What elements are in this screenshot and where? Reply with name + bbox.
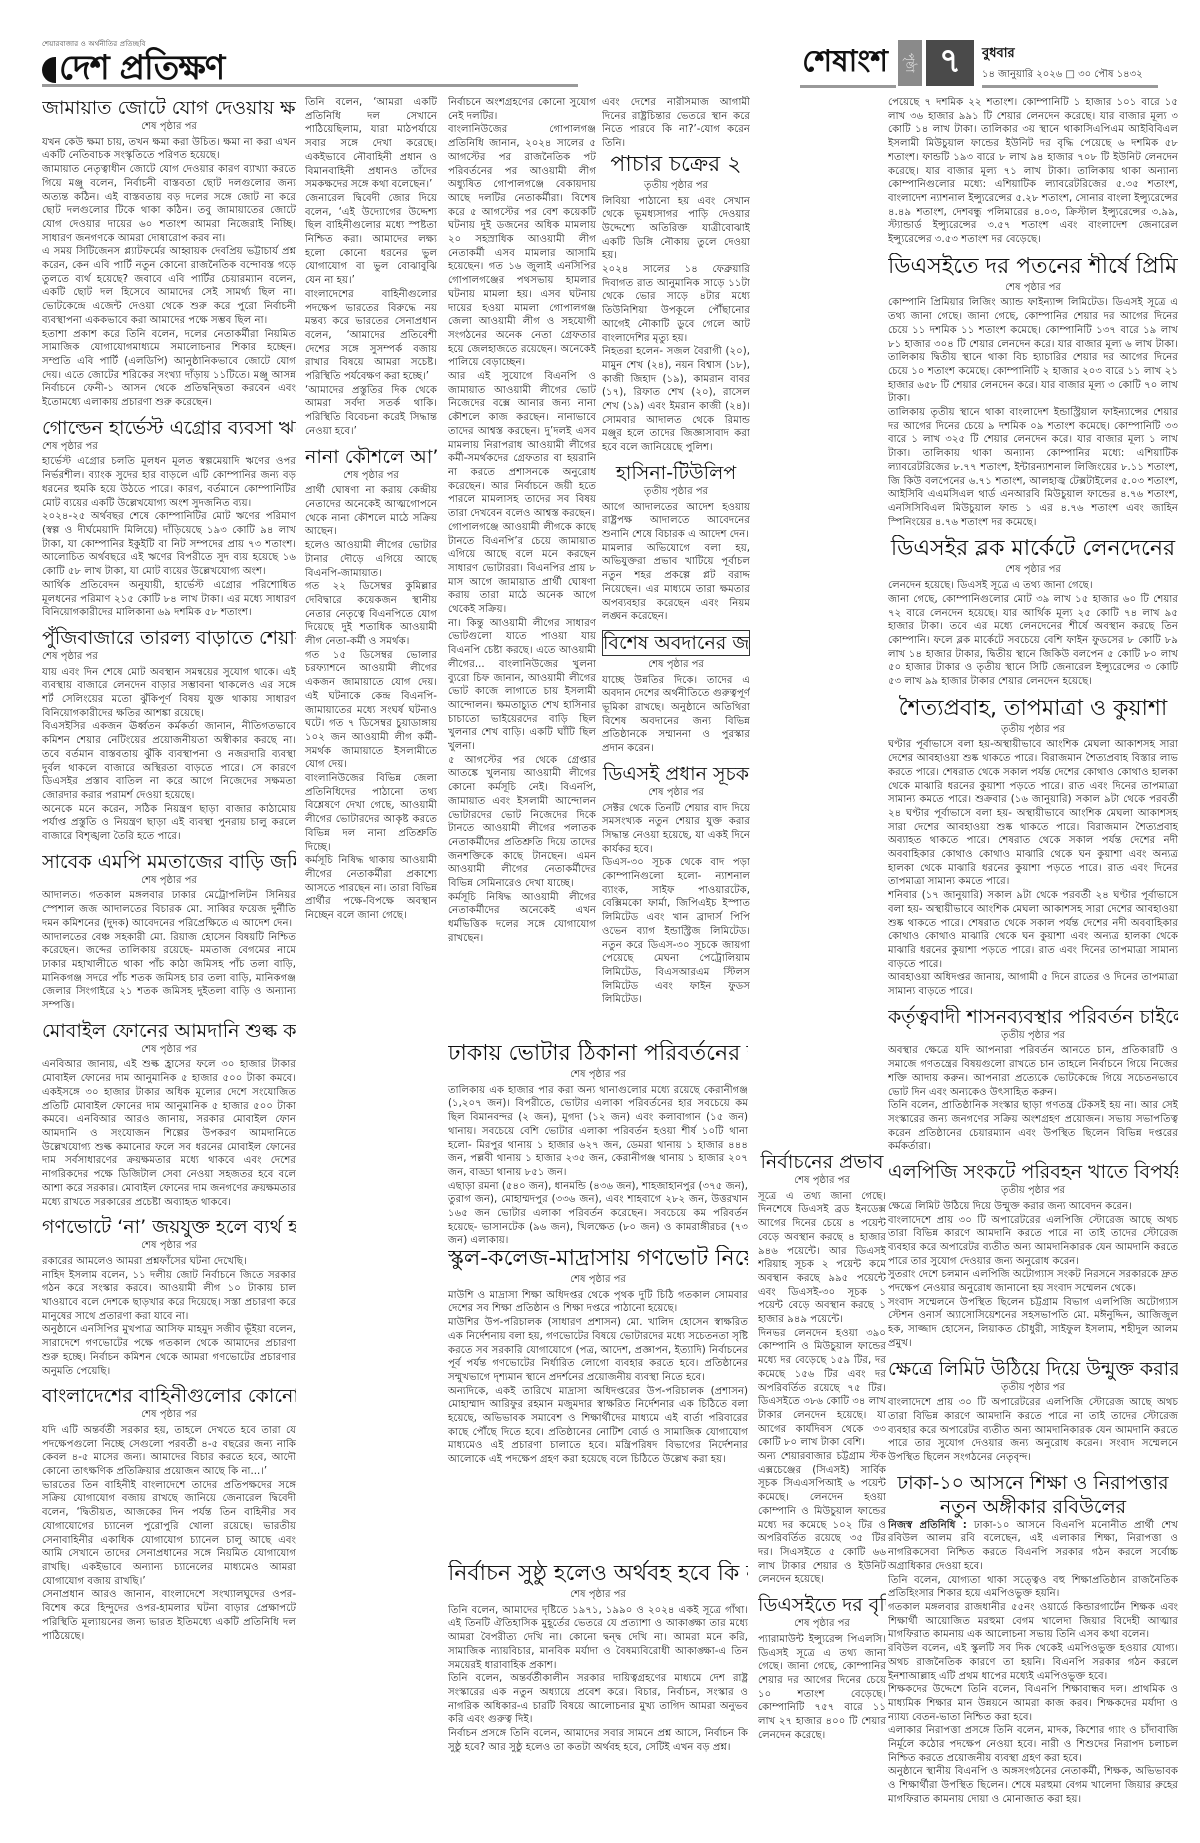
page-number: ৭ [926, 40, 974, 86]
section-title: খবরের শেষাংশ [800, 40, 896, 88]
paragraph: এলাকার নিরাপত্তা প্রসঙ্গে তিনি বলেন, মাদ… [888, 1724, 1178, 1765]
headline[interactable]: স্কুল-কলেজ-মাদ্রাসায় গণভোট নিয়ে [448, 1245, 748, 1273]
paragraph: পেয়েছে ৭ দশমিক ২২ শতাংশ। কোম্পানিটি ১ হ… [888, 96, 1178, 247]
paragraph: ২০২৪-২৫ অর্থবছর শেষে কোম্পানিটির মোট ঋণে… [42, 510, 296, 579]
paragraph: বাংলানিউজের গোপালগঞ্জ প্রতিনিধি জানান, ২… [448, 123, 596, 370]
jump-line: শেষ পৃষ্ঠার পর [42, 1239, 296, 1253]
jump-line: তৃতীয় পৃষ্ঠার পর [888, 1381, 1178, 1395]
headline[interactable]: জামায়াত জোটে যোগ দেওয়ায় ক্ষমা [42, 96, 296, 120]
headline[interactable]: বাংলাদেশের বাহিনীগুলোর কোনো [42, 1384, 296, 1408]
headline[interactable]: ডিএসইতে দর পতনের শীর্ষে প্রিমিয়ার [888, 253, 1178, 281]
jump-line: শেষ পৃষ্ঠার পর [758, 1174, 886, 1188]
paragraph: নির্বাচন প্রসঙ্গে তিনি বলেন, আমাদের সবার… [448, 1727, 748, 1754]
headline[interactable]: বিশেষ অবদানের জন্য [602, 630, 750, 656]
weekday: বুধবার [982, 44, 1158, 65]
article-jamaat: জামায়াত জোটে যোগ দেওয়ায় ক্ষমা শেষ পৃষ… [42, 96, 296, 410]
jump-line: শেষ পৃষ্ঠার পর [602, 786, 750, 800]
jump-line: শেষ পৃষ্ঠার পর [448, 1273, 748, 1287]
headline[interactable]: ডিএসই প্রধান সূচক [602, 762, 750, 786]
paragraph: ৫ আগস্টের পর থেকে গ্রেপ্তার আতঙ্কে খুলনা… [448, 754, 596, 891]
article-lpg: এলপিজি সংকটে পরিবহন খাতে বিপর্যয় তৃতীয়… [888, 1160, 1178, 1350]
paragraph: অন্যদিকে, একই তারিখে মাদ্রাসা অধিদপ্তরের… [448, 1385, 748, 1467]
article-awami-tactics: নানা কৌশলে আ’লীগের শেষ পৃষ্ঠার পর প্রার্… [305, 445, 437, 923]
paragraph: তিনি বলেন, ‘আমরা একটি প্রতিনিধি দল সেখান… [305, 96, 437, 192]
page-header: খবরের শেষাংশ পৃষ্ঠা ৭ বুধবার ১৪ জানুয়ার… [800, 40, 1158, 90]
headline[interactable]: মোবাইল ফোনের আমদানি শুল্ক কমিয়েছে [42, 1019, 296, 1043]
logo-block: শেয়ারবাজার ও অর্থনীতির প্রতিচ্ছবি দেশ প… [42, 38, 224, 86]
paragraph: বাংলাদেশে প্রায় ৩০ টি অপারেটরের এলপিজি … [888, 1396, 1178, 1465]
article-contribution: বিশেষ অবদানের জন্য শেষ পৃষ্ঠার পর যাচ্ছে… [602, 630, 750, 756]
paragraph: তিনি বলেন, যোগ্যতা থাকা সত্ত্বেও বহু শিক… [888, 1574, 1178, 1601]
jump-line: শেষ পৃষ্ঠার পর [448, 1068, 748, 1082]
headline[interactable]: পাচার চক্রের ২ [602, 151, 750, 179]
paragraph: সংবাদ সম্মেলনে উপস্থিত ছিলেন চট্টগ্রাম ব… [888, 1296, 1178, 1351]
logo-text: দেশ প্রতিক্ষণ [59, 48, 224, 88]
column-6: পেয়েছে ৭ দশমিক ২২ শতাংশ। কোম্পানিটি ১ হ… [888, 96, 1178, 1836]
article-authoritarian: কর্তৃত্ববাদী শাসনব্যবস্থার পরিবর্তন চাইল… [888, 1005, 1178, 1154]
paragraph: তিনি বলেন, প্রাতিষ্ঠানিক সংস্কার ছাড়া গ… [888, 1099, 1178, 1154]
paragraph: অনুষ্ঠানে এনসিপির মুখপাত্র আসিফ মাহমুদ স… [42, 1323, 296, 1378]
paragraph: এছাড়া রমনা (৫৪০ জন), ধানমন্ডি (৪৩৬ জন),… [448, 1180, 748, 1249]
headline[interactable]: ডিএসইতে দর বৃদ্ধি [758, 1593, 886, 1617]
paragraph: নাহিদ ইসলাম বলেন, ১১ দলীয় জোট নির্বাচনে… [42, 1269, 296, 1324]
byline: নিজস্ব প্রতিনিধি : [888, 1520, 967, 1531]
paragraph: ‘আমাদের প্রস্তুতির দিক থেকে আমরা সর্বদা … [305, 384, 437, 439]
jump-line: তৃতীয় পৃষ্ঠার পর [602, 179, 750, 193]
column-1: জামায়াত জোটে যোগ দেওয়ায় ক্ষমা শেষ পৃষ… [42, 96, 296, 1836]
article-gonovote-no: গণভোটে ‘না’ জয়যুক্ত হলে ব্যর্থ হবে শেষ … [42, 1215, 296, 1378]
paragraph: ঘণ্টার পূর্বাভাসে বলা হয়-অস্থায়ীভাবে আ… [888, 738, 1178, 889]
page-label: পৃষ্ঠা [898, 40, 922, 86]
date-block: বুধবার ১৪ জানুয়ারি ২০২৬ □ ৩০ পৌষ ১৪৩২ [982, 40, 1158, 88]
article-dse-rise: ডিএসইতে দর বৃদ্ধি শেষ পৃষ্ঠার পর প্যারাম… [758, 1593, 886, 1742]
headline[interactable]: নানা কৌশলে আ’লীগের [305, 445, 437, 469]
paragraph: হার্ভেস্ট এগ্রোর চলতি মূলধন মূলত স্বল্পম… [42, 455, 296, 510]
article-school-college: স্কুল-কলেজ-মাদ্রাসায় গণভোট নিয়ে শেষ পৃ… [448, 1245, 748, 1467]
paragraph: কর্মসূচি নিষিদ্ধ আওয়ামী লীগের নেতাকর্মী… [448, 891, 596, 946]
article-awami-continued: নির্বাচনে অংশগ্রহণের কোনো সুযোগ নেই দলটি… [448, 96, 596, 946]
headline[interactable]: পুঁজিবাজারে তারল্য বাড়াতে শেয়ার [42, 626, 296, 650]
paragraph: যখন কেউ ক্ষমা চায়, তখন ক্ষমা করা উচিত। … [42, 136, 296, 163]
paragraph: গোপালগঞ্জে আওয়ামী লীগকে কাছে টানতে বিএন… [448, 521, 596, 617]
paragraph: যাচ্ছে উন্নতির দিকে। তাদের এ অবদান দেশের… [602, 674, 750, 756]
jump-line: শেষ পৃষ্ঠার পর [448, 1588, 748, 1602]
paragraph: দিনভর লেনদেন হওয়া ৩৯০ কোম্পানি ও মিউচুয… [758, 1327, 886, 1450]
jump-line: শেষ পৃষ্ঠার পর [888, 281, 1178, 295]
paragraph: লেনদেন হয়েছে। ডিএসই সূত্রে এ তথ্য জানা … [888, 579, 1178, 593]
paragraph: তালিকায় তৃতীয় স্থানে থাকা বাংলাদেশ ইন্… [888, 406, 1178, 529]
jump-line: শেষ পৃষ্ঠার পর [42, 874, 296, 888]
paragraph: হতাশা প্রকাশ করে তিনি বলেন, দলের নেতাকর্… [42, 328, 296, 410]
paragraph: শিক্ষকদের উদ্দেশে তিনি বলেন, বিএনপি শিক্… [888, 1683, 1178, 1724]
paragraph: গত ২২ ডিসেম্বর কুমিল্লার দেবিদ্বারে কয়ে… [305, 580, 437, 649]
paragraph: মামলার অভিযোগে বলা হয়, অভিযুক্তরা প্রভা… [602, 542, 750, 624]
jump-line: শেষ পৃষ্ঠার পর [888, 563, 1178, 577]
paragraph: নিহতরা হলেন- সজল বৈরাগী (২০), মামুন শেখ … [602, 345, 750, 455]
paragraph: গতকাল মঙ্গলবার রাজধানীর ৫৫নং ওয়ার্ডে কি… [888, 1601, 1178, 1642]
logo-seal-icon [42, 57, 56, 83]
paragraph: নির্বাচনে অংশগ্রহণের কোনো সুযোগ নেই দলটি… [448, 96, 596, 123]
paragraph: লিবিয়া পাঠানো হয় এবং সেখান থেকে ভূমধ্য… [602, 195, 750, 264]
paragraph: মাউশি ও মাদ্রাসা শিক্ষা অধিদপ্তর থেকে পৃ… [448, 1289, 748, 1316]
paragraph: তিনি বলেন, আমাদের দৃষ্টিতে ১৯৭১, ১৯৯০ ও … [448, 1604, 748, 1673]
headline[interactable]: কর্তৃত্ববাদী শাসনব্যবস্থার পরিবর্তন চাইল… [888, 1005, 1178, 1029]
jump-line: শেষ পৃষ্ঠার পর [758, 1617, 886, 1631]
article-block-market: ডিএসইর ব্লক মার্কেটে লেনদেনের শেষ পৃষ্ঠা… [888, 535, 1178, 688]
headline-line-2[interactable]: নতুন অঙ্গীকার রবিউলের [888, 1495, 1178, 1519]
article-dse-fall: ডিএসইতে দর পতনের শীর্ষে প্রিমিয়ার শেষ প… [888, 253, 1178, 530]
paragraph: অনুষ্ঠানে স্থানীয় বিএনপি ও অঙ্গসংগঠনের … [888, 1765, 1178, 1806]
paragraph: শনিবার (১৭ জানুয়ারি) সকাল ৯টা থেকে পরবর… [888, 889, 1178, 971]
paragraph: জানা গেছে, কোম্পানিগুলোর মোট ৩৯ লাখ ১৫ হ… [888, 593, 1178, 689]
headline[interactable]: গোল্ডেন হার্ভেস্ট এগ্রোর ব্যবসা ঋণের [42, 416, 296, 440]
paragraph: অনেকে মনে করেন, সঠিক নিয়ন্ত্রণ ছাড়া বা… [42, 803, 296, 844]
jump-line: শেষ পৃষ্ঠার পর [42, 1408, 296, 1422]
column-5: নির্বাচনের প্রভাব শেষ পৃষ্ঠার পর সূত্রে … [758, 1150, 886, 1840]
paragraph: জেনারেল দ্বিবেদী জোর দিয়ে বলেন, ‘এই উদ্… [305, 192, 437, 288]
headline[interactable]: হাসিনা-টিউলিপ [602, 461, 750, 485]
paragraph: অন্য শেয়ারবাজার চট্টগ্রাম স্টক এক্সচেঞ্… [758, 1450, 886, 1587]
newspaper-logo[interactable]: দেশ প্রতিক্ষণ [42, 50, 224, 86]
paragraph: আবহাওয়া অধিদপ্তর জানায়, আগামী ৫ দিনে র… [888, 971, 1178, 998]
paragraph: এ সময় সিটিজেনস প্ল্যাটফর্মের আহ্বায়ক দ… [42, 245, 296, 327]
article-mobile: মোবাইল ফোনের আমদানি শুল্ক কমিয়েছে শেষ প… [42, 1019, 296, 1209]
paragraph: আদালত। গতকাল মঙ্গলবার ঢাকার মেট্রোপলিটন … [42, 889, 296, 930]
article-forces-continued: তিনি বলেন, ‘আমরা একটি প্রতিনিধি দল সেখান… [305, 96, 437, 439]
headline[interactable]: ক্ষেত্রে লিমিট উঠিয়ে দিয়ে উন্মুক্ত করা… [888, 1357, 1178, 1381]
paragraph: প্যারামাউন্ট ইন্স্যুরেন্স পিএলসি। ডিএসই … [758, 1633, 886, 1743]
masthead: শেয়ারবাজার ও অর্থনীতির প্রতিচ্ছবি দেশ প… [0, 0, 1200, 92]
jump-line: শেষ পৃষ্ঠার পর [42, 1043, 296, 1057]
paragraph: আর্থিক প্রতিবেদন অনুযায়ী, হার্ভেস্ট এগ্… [42, 579, 296, 620]
column-3: নির্বাচনে অংশগ্রহণের কোনো সুযোগ নেই দলটি… [448, 96, 596, 1026]
headline[interactable]: গণভোটে ‘না’ জয়যুক্ত হলে ব্যর্থ হবে [42, 1215, 296, 1239]
headline[interactable]: নির্বাচনের প্রভাব [758, 1150, 886, 1174]
article-forces: বাংলাদেশের বাহিনীগুলোর কোনো শেষ পৃষ্ঠার … [42, 1384, 296, 1643]
paragraph: যায় এবং দিন শেষে মোট অবস্থান সমন্বয়ের … [42, 666, 296, 721]
headline[interactable]: ঢাকায় ভোটার ঠিকানা পরিবর্তনের শীর্ষে [448, 1040, 748, 1068]
paragraph: রবিউল বলেন, এই স্কুলটি সব দিক থেকেই এমপি… [888, 1642, 1178, 1683]
article-dse-top-gainer: পেয়েছে ৭ দশমিক ২২ শতাংশ। কোম্পানিটি ১ হ… [888, 96, 1178, 247]
headline[interactable]: এলপিজি সংকটে পরিবহন খাতে বিপর্যয় [888, 1160, 1178, 1184]
jump-line: তৃতীয় পৃষ্ঠার পর [888, 1184, 1178, 1198]
paragraph: জামায়াত নেতৃত্বাধীন জোটে যোগ দেওয়ার কা… [42, 163, 296, 245]
paragraph: যদি এটি অন্তর্বর্তী সরকার হয়, তাহলে দেখ… [42, 1424, 296, 1479]
paragraph: ডিএস-৩০ সূচক থেকে বাদ পড়া কোম্পানিগুলো … [602, 856, 750, 1007]
paragraph: সুতরাং দেশে চলমান এলপিজি অটোগ্যাস সংকট ন… [888, 1268, 1178, 1295]
article-golden-harvest: গোল্ডেন হার্ভেস্ট এগ্রোর ব্যবসা ঋণের শেষ… [42, 416, 296, 620]
article-cold-wave: শৈত্যপ্রবাহ, তাপমাত্রা ও কুয়াশা তৃতীয় … [888, 695, 1178, 999]
paragraph: রকারের আমলেও আমরা প্রশ্নফাঁসের ঘটনা দেখে… [42, 1255, 296, 1269]
jump-line: শেষ পৃষ্ঠার পর [42, 440, 296, 454]
article-trafficking: পাচার চক্রের ২ তৃতীয় পৃষ্ঠার পর লিবিয়া… [602, 151, 750, 455]
headline[interactable]: ডিএসইর ব্লক মার্কেটে লেনদেনের [888, 535, 1178, 563]
article-election-impact: নির্বাচনের প্রভাব শেষ পৃষ্ঠার পর সূত্রে … [758, 1150, 886, 1587]
article-dhaka10: ঢাকা-১০ আসনে শিক্ষা ও নিরাপত্তার নতুন অঙ… [888, 1471, 1178, 1807]
paragraph: বাংলানিউজের বিভিন্ন জেলা প্রতিনিধিদের পা… [305, 772, 437, 854]
paragraph: সূত্রে এ তথ্য জানা গেছে। দিনশেষে ডিএসই ব… [758, 1190, 886, 1327]
article-momtaz: সাবেক এমপি মমতাজের বাড়ি জমি শেষ পৃষ্ঠার… [42, 850, 296, 1013]
column-2: তিনি বলেন, ‘আমরা একটি প্রতিনিধি দল সেখান… [305, 96, 437, 1836]
article-voter-address: ঢাকায় ভোটার ঠিকানা পরিবর্তনের শীর্ষে শে… [448, 1040, 748, 1248]
masthead-rule [42, 84, 578, 87]
paragraph: বাংলাদেশের বাহিনীগুলোর পদক্ষেপ ভারতের বি… [305, 288, 437, 384]
paragraph: এবং দেশের নারীসমাজ আগামী দিনের রাষ্ট্রচি… [602, 96, 750, 151]
headline[interactable]: নির্বাচন সুষ্ঠু হলেও অর্থবহ হবে কি না প্… [448, 1560, 748, 1588]
paragraph: ২০২৪ সালের ১৪ ফেব্রুয়ারি দিবাগত রাত আনু… [602, 263, 750, 345]
article-dse-index: ডিএসই প্রধান সূচক শেষ পৃষ্ঠার পর সেক্টর … [602, 762, 750, 1007]
article-election-fair: নির্বাচন সুষ্ঠু হলেও অর্থবহ হবে কি না প্… [448, 1560, 748, 1840]
jump-line: তৃতীয় পৃষ্ঠার পর [888, 723, 1178, 737]
paragraph: আগে আদালতের আদেশ হওয়ায় রাষ্ট্রপক্ষ আদা… [602, 501, 750, 542]
paragraph: না। কিন্তু আওয়ামী লীগের সাধারণ ভোটগুলো … [448, 617, 596, 754]
paragraph: আর এই সুযোগে বিএনপি ও জামায়াত আওয়ামী ল… [448, 370, 596, 521]
paragraph: সেনাপ্রধান আরও জানান, বাংলাদেশে সংখ্যালঘ… [42, 1588, 296, 1643]
date-line: ১৪ জানুয়ারি ২০২৬ □ ৩০ পৌষ ১৪৩২ [982, 67, 1158, 84]
jump-line: শেষ পৃষ্ঠার পর [42, 120, 296, 134]
paragraph: অবস্থার ক্ষেত্রে যদি আপনারা পরিবর্তন আনত… [888, 1044, 1178, 1099]
paragraph: প্রার্থী ঘোষণা না করায় কেন্দ্রীয় নেতাদ… [305, 484, 437, 539]
paragraph: নিজস্ব প্রতিনিধি : ঢাকা-১০ আসনে বিএনপি ম… [888, 1519, 1178, 1574]
paragraph: ক্ষেত্রে লিমিট উঠিয়ে দিয়ে উন্মুক্ত করা… [888, 1200, 1178, 1214]
jump-line: শেষ পৃষ্ঠার পর [42, 650, 296, 664]
paragraph: বাংলাদেশে প্রায় ৩০ টি অপারেটরের এলপিজি … [888, 1214, 1178, 1269]
jump-line: শেষ পৃষ্ঠার পর [305, 469, 437, 483]
headline[interactable]: শৈত্যপ্রবাহ, তাপমাত্রা ও কুয়াশা [888, 695, 1178, 723]
paragraph: মাউশির উপ-পরিচালক (সাধারণ প্রশাসন) মো. খ… [448, 1316, 748, 1385]
paragraph: এনবিআর জানায়, এই শুল্ক হ্রাসের ফলে ৩০ হ… [42, 1058, 296, 1209]
column-4: এবং দেশের নারীসমাজ আগামী দিনের রাষ্ট্রচি… [602, 96, 750, 1126]
headline[interactable]: সাবেক এমপি মমতাজের বাড়ি জমি [42, 850, 296, 874]
paragraph: আদালতের বেঞ্চ সহকারী মো. রিয়াজ হোসেন বি… [42, 931, 296, 1013]
paragraph: কোম্পানি প্রিমিয়ার লিজিং অ্যান্ড ফাইন্য… [888, 296, 1178, 406]
jump-line: শেষ পৃষ্ঠার পর [602, 658, 750, 672]
article-hasina-tulip: হাসিনা-টিউলিপ তৃতীয় পৃষ্ঠার পর আগে আদাল… [602, 461, 750, 624]
article-liquidity: পুঁজিবাজারে তারল্য বাড়াতে শেয়ার শেষ পৃ… [42, 626, 296, 844]
paragraph: ভারতের তিন বাহিনীই বাংলাদেশে তাদের প্রতি… [42, 1479, 296, 1589]
headline-line-1[interactable]: ঢাকা-১০ আসনে শিক্ষা ও নিরাপত্তার [888, 1471, 1178, 1495]
article-limit: ক্ষেত্রে লিমিট উঠিয়ে দিয়ে উন্মুক্ত করা… [888, 1357, 1178, 1465]
jump-line: তৃতীয় পৃষ্ঠার পর [888, 1029, 1178, 1043]
jump-line: তৃতীয় পৃষ্ঠার পর [602, 485, 750, 499]
paragraph: গত ১৫ ডিসেম্বর ভোলার চরফ্যাশনে আওয়ামী ল… [305, 649, 437, 772]
paragraph: তিনি বলেন, অন্তর্বর্তীকালীন সরকার দায়িত… [448, 1672, 748, 1727]
paragraph: হলেও আওয়ামী লীগের ভোটার টানার দৌড়ে এগি… [305, 539, 437, 580]
paragraph: তালিকায় এক হাজার পার করা অন্য থানাগুলোর… [448, 1084, 748, 1180]
paragraph: বিএসইসির একজন ঊর্ধ্বতন কর্মকর্তা জানান, … [42, 720, 296, 802]
paragraph: কর্মসূচি নিষিদ্ধ থাকায় আওয়ামী লীগের নে… [305, 854, 437, 923]
paragraph: সেক্টর থেকে তিনটি শেয়ার বাদ দিয়ে সমসংখ… [602, 802, 750, 857]
